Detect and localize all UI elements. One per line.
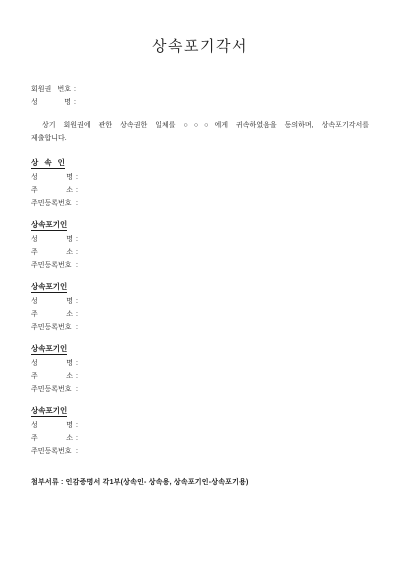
field-colon: :: [76, 357, 78, 370]
section-heading: 상 속 인: [31, 157, 369, 169]
label-part: 성: [31, 96, 38, 109]
label-part: 주: [31, 184, 38, 197]
field-row: 성명:: [31, 419, 369, 432]
field-label: 성명: [31, 171, 73, 184]
label-part: 주민등록번호: [31, 321, 72, 334]
field-colon: :: [74, 96, 76, 109]
section-heading: 상속포기인: [31, 281, 369, 293]
field-row: 주소:: [31, 184, 369, 197]
section-heading: 상속포기인: [31, 343, 369, 355]
section-heading-text: 상 속 인: [31, 158, 65, 169]
field-row: 성명:: [31, 233, 369, 246]
field-label: 성명: [31, 295, 73, 308]
field-row: 주민등록번호:: [31, 197, 369, 210]
section-heading-text: 상속포기인: [31, 282, 67, 293]
label-part: 소: [66, 246, 73, 259]
field-colon: :: [76, 308, 78, 321]
field-colon: :: [76, 233, 78, 246]
label-part: 주: [31, 370, 38, 383]
field-colon: :: [76, 295, 78, 308]
field-label: 회원권번호: [31, 83, 71, 96]
field-row: 성명:: [31, 96, 369, 109]
label-part: 명: [66, 171, 73, 184]
field-colon: :: [76, 246, 78, 259]
field-colon: :: [76, 184, 78, 197]
label-part: 번호: [57, 83, 71, 96]
party-sections: 상 속 인성명:주소:주민등록번호:상속포기인성명:주소:주민등록번호:상속포기…: [31, 157, 369, 458]
label-part: 주: [31, 432, 38, 445]
party-section: 상 속 인성명:주소:주민등록번호:: [31, 157, 369, 210]
field-row: 주민등록번호:: [31, 383, 369, 396]
attachment-note: 첨부서류 : 인감증명서 각1부(상속인- 상속용, 상속포기인-상속포기용): [31, 476, 369, 489]
field-colon: :: [76, 432, 78, 445]
field-row: 회원권번호:: [31, 83, 369, 96]
field-colon: :: [76, 171, 78, 184]
field-row: 주민등록번호:: [31, 259, 369, 272]
label-part: 주민등록번호: [31, 445, 72, 458]
field-colon: :: [74, 83, 76, 96]
field-label: 주소: [31, 184, 73, 197]
field-colon: :: [76, 259, 78, 272]
label-part: 명: [66, 419, 73, 432]
label-part: 성: [31, 233, 38, 246]
field-label: 주소: [31, 308, 73, 321]
label-part: 명: [66, 357, 73, 370]
field-label: 주소: [31, 246, 73, 259]
party-section: 상속포기인성명:주소:주민등록번호:: [31, 343, 369, 396]
label-part: 명: [66, 233, 73, 246]
label-part: 소: [66, 308, 73, 321]
field-row: 주소:: [31, 308, 369, 321]
label-part: 주: [31, 308, 38, 321]
section-heading: 상속포기인: [31, 219, 369, 231]
field-row: 성명:: [31, 357, 369, 370]
field-label: 성명: [31, 96, 71, 109]
field-label: 주민등록번호: [31, 445, 73, 458]
party-section: 상속포기인성명:주소:주민등록번호:: [31, 219, 369, 272]
field-row: 성명:: [31, 171, 369, 184]
document-page: 상속포기각서 회원권번호:성명: 상기 회원권에 관한 상속권한 일체를 ○○○…: [0, 0, 400, 565]
label-part: 소: [66, 184, 73, 197]
field-label: 성명: [31, 357, 73, 370]
field-row: 주소:: [31, 370, 369, 383]
statement-paragraph: 상기 회원권에 관한 상속권한 일체를 ○○○에게 귀속하였음을 동의하며, 상…: [31, 119, 369, 145]
field-label: 성명: [31, 419, 73, 432]
field-row: 주민등록번호:: [31, 445, 369, 458]
field-colon: :: [76, 445, 78, 458]
section-heading-text: 상속포기인: [31, 220, 67, 231]
label-part: 명: [64, 96, 71, 109]
label-part: 주민등록번호: [31, 259, 72, 272]
party-section: 상속포기인성명:주소:주민등록번호:: [31, 405, 369, 458]
field-label: 성명: [31, 233, 73, 246]
membership-block: 회원권번호:성명:: [31, 83, 369, 109]
field-colon: :: [76, 383, 78, 396]
field-colon: :: [76, 197, 78, 210]
field-colon: :: [76, 419, 78, 432]
document-title: 상속포기각서: [31, 37, 369, 57]
field-label: 주민등록번호: [31, 321, 73, 334]
label-part: 소: [66, 432, 73, 445]
field-label: 주민등록번호: [31, 383, 73, 396]
section-heading-text: 상속포기인: [31, 344, 67, 355]
label-part: 명: [66, 295, 73, 308]
field-colon: :: [76, 370, 78, 383]
statement-line-1: 상기 회원권에 관한 상속권한 일체를 ○○○에게 귀속하였음을 동의하며, 상…: [31, 119, 369, 132]
label-part: 성: [31, 171, 38, 184]
field-row: 성명:: [31, 295, 369, 308]
label-part: 주: [31, 246, 38, 259]
label-part: 소: [66, 370, 73, 383]
section-heading: 상속포기인: [31, 405, 369, 417]
field-label: 주민등록번호: [31, 259, 73, 272]
statement-line-2: 제출합니다.: [31, 132, 369, 145]
party-section: 상속포기인성명:주소:주민등록번호:: [31, 281, 369, 334]
field-label: 주소: [31, 370, 73, 383]
label-part: 성: [31, 357, 38, 370]
label-part: 주민등록번호: [31, 197, 72, 210]
field-row: 주소:: [31, 432, 369, 445]
field-label: 주소: [31, 432, 73, 445]
section-heading-text: 상속포기인: [31, 406, 67, 417]
label-part: 주민등록번호: [31, 383, 72, 396]
field-row: 주민등록번호:: [31, 321, 369, 334]
label-part: 회원권: [31, 83, 51, 96]
field-label: 주민등록번호: [31, 197, 73, 210]
field-colon: :: [76, 321, 78, 334]
label-part: 성: [31, 419, 38, 432]
label-part: 성: [31, 295, 38, 308]
field-row: 주소:: [31, 246, 369, 259]
